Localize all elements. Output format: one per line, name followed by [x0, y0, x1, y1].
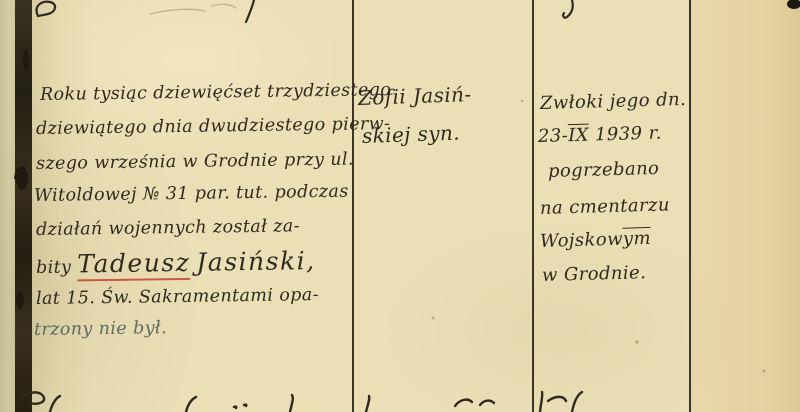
- burial-line-5: Wojskowym: [540, 228, 651, 252]
- page-right-margin: [691, 0, 800, 412]
- burial-line-5-overlined: ym: [623, 228, 652, 250]
- burial-line-3: pogrzebano: [548, 158, 660, 182]
- burial-line-6: w Grodnie.: [542, 262, 647, 286]
- burial-line-4: na cmentarzu: [540, 194, 670, 219]
- relation-line-2: skiej syn.: [362, 121, 461, 148]
- column-rule-2: [532, 0, 534, 412]
- act-line-6-prefix: bity: [36, 258, 72, 278]
- burial-line-1: Zwłoki jego dn.: [540, 89, 687, 114]
- burial-date-day: 23-: [538, 125, 569, 147]
- act-line-6: bity Tadeusz Jasiński,: [36, 246, 316, 279]
- act-line-5: działań wojennych został za-: [36, 216, 300, 240]
- act-line-7: lat 15. Św. Sakramentami opa-: [36, 285, 319, 309]
- column-rule-3: [689, 0, 691, 412]
- act-line-6-comma: ,: [306, 246, 316, 275]
- register-page-scan: Roku tysiąc dziewięćset trzydziestego dz…: [0, 0, 800, 412]
- victim-first-name: Tadeusz: [77, 248, 190, 282]
- burial-line-5-base: Wojskow: [540, 229, 623, 252]
- burial-line-2: 23-IX 1939 r.: [538, 123, 662, 147]
- column-rule-1: [352, 0, 354, 412]
- act-line-8-pencil: trzony nie był.: [34, 318, 167, 340]
- victim-last-name: Jasiński: [196, 246, 306, 277]
- relation-line-1: Zofii Jasiń-: [358, 82, 472, 110]
- burial-date-year: 1939 r.: [595, 123, 662, 146]
- book-binding-strip: [15, 0, 32, 412]
- burial-date-roman-month: IX: [568, 125, 589, 147]
- page-left-edge: [0, 0, 15, 412]
